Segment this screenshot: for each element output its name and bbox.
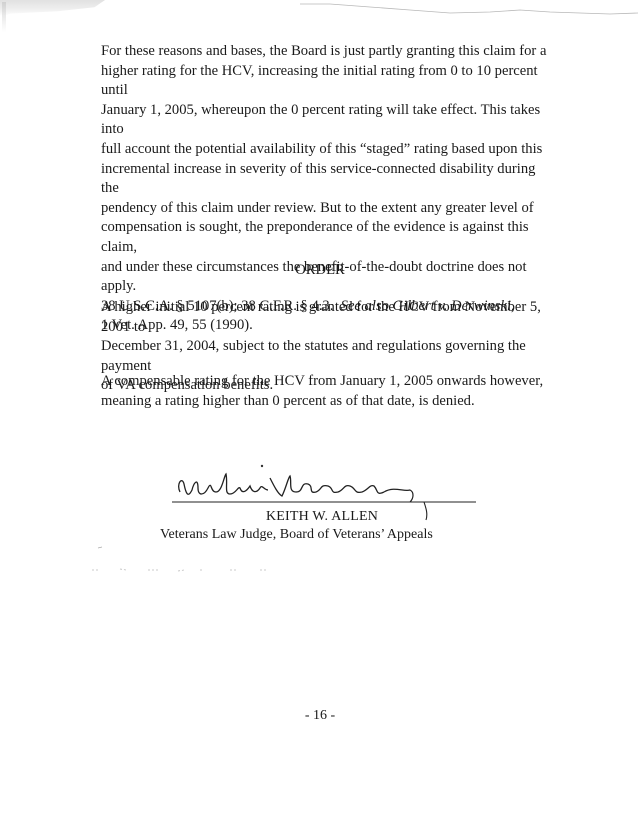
order-heading: ORDER <box>0 262 640 279</box>
signature-block: KEITH W. ALLEN Veterans Law Judge, Board… <box>158 462 478 552</box>
conclusion-paragraph: For these reasons and bases, the Board i… <box>101 42 551 297</box>
judge-title: Veterans Law Judge, Board of Veterans’ A… <box>160 527 433 543</box>
scan-shadow-corner <box>0 0 105 16</box>
judge-name: KEITH W. ALLEN <box>266 509 378 525</box>
scan-artifact-specks <box>90 545 310 575</box>
page-number: - 16 - <box>0 708 640 724</box>
order-denial-paragraph: A compensable rating for the HCV from Ja… <box>101 372 561 411</box>
conclusion-section: For these reasons and bases, the Board i… <box>101 42 551 336</box>
scan-shadow-edge <box>2 2 6 32</box>
scan-artifact-line <box>300 2 640 16</box>
